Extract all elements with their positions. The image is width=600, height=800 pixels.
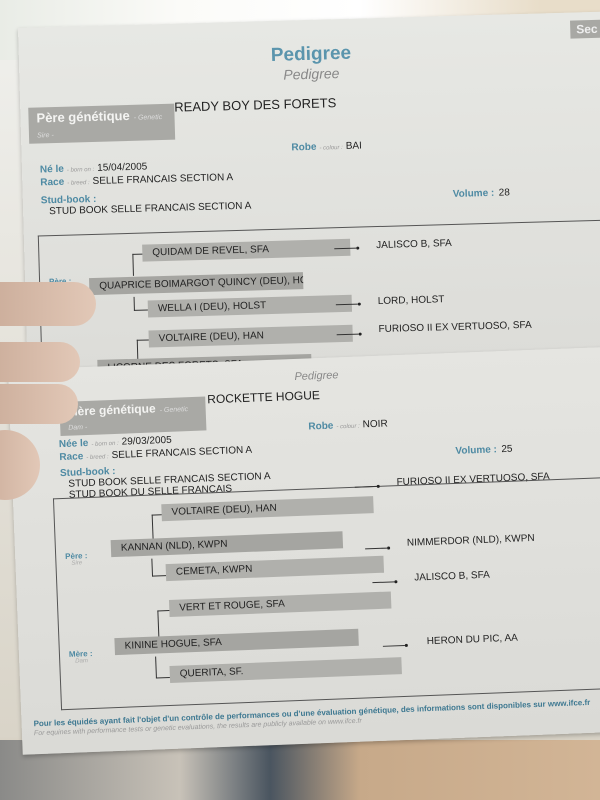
colour-label-en: - colour :	[336, 424, 360, 431]
arrow-dot	[394, 580, 397, 583]
breed-label-en: - breed :	[86, 454, 109, 461]
genetic-dam-label: Mère génétique- Genetic Dam -	[59, 396, 206, 436]
volume-value: 25	[501, 444, 513, 455]
sire-studbook-row: Stud-book : STUD BOOK SELLE FRANCAIS SEC…	[41, 190, 252, 218]
sire-volume-row: Volume : 28	[453, 182, 511, 202]
genetic-dam-label-fr: Mère génétique	[67, 401, 156, 418]
tree-dam-label: Mère :Dam	[69, 649, 93, 665]
page-subtitle-dam: Pedigree	[294, 369, 338, 383]
thumb	[0, 282, 96, 326]
breed-value: SELLE FRANCAIS SECTION A	[111, 445, 252, 461]
sire-colour-row: Robe- colour :BAI	[291, 135, 362, 155]
breed-value: SELLE FRANCAIS SECTION A	[92, 172, 233, 187]
sire-sire-sire: JALISCO B, SFA	[376, 238, 452, 251]
breed-label: Race	[40, 177, 64, 189]
arrow-dot	[359, 333, 362, 336]
arrow-dot	[356, 247, 359, 250]
arrow-dot	[358, 303, 361, 306]
colour-label: Robe	[291, 142, 316, 154]
tree-sire-label-en: Sire	[71, 560, 87, 567]
breed-label: Race	[59, 451, 83, 463]
dam-volume-row: Volume : 25	[455, 439, 513, 459]
tree-dam-label-en: Dam	[75, 658, 93, 665]
tree-sire-label: Père :Sire	[65, 551, 88, 567]
sire-horse-name: READY BOY DES FORETS	[174, 95, 336, 115]
colour-value: NOIR	[363, 418, 388, 430]
finger	[0, 384, 78, 424]
volume-label: Volume :	[453, 188, 495, 200]
corner-tab: Sec	[570, 20, 600, 39]
colour-label: Robe	[308, 421, 333, 433]
arrow-dot	[377, 485, 380, 488]
genetic-sire-label: Père génétique- Genetic Sire -	[28, 104, 175, 144]
tree-sire-label-fr: Père :	[65, 551, 88, 561]
sire-dam-sire: LORD, HOLST	[378, 294, 445, 307]
pedigree-page-dam: Pedigree Mère génétique- Genetic Dam - R…	[8, 347, 600, 755]
breed-label-en: - breed :	[67, 180, 90, 187]
volume-value: 28	[499, 187, 510, 198]
colour-value: BAI	[346, 140, 362, 151]
dam-horse-name: ROCKETTE HOGUE	[207, 388, 320, 406]
finger	[0, 342, 80, 382]
page-subtitle: Pedigree	[283, 65, 339, 83]
page-title: Pedigree	[271, 43, 352, 67]
genetic-sire-label-fr: Père génétique	[36, 108, 130, 126]
dam-colour-row: Robe- colour :NOIR	[308, 413, 388, 434]
tree-dam-label-fr: Mère :	[69, 649, 93, 659]
colour-label-en: - colour :	[319, 145, 343, 152]
volume-label: Volume :	[455, 444, 497, 457]
pedigree-page-sire: Sec Pedigree Pedigree Père génétique- Ge…	[18, 11, 600, 378]
